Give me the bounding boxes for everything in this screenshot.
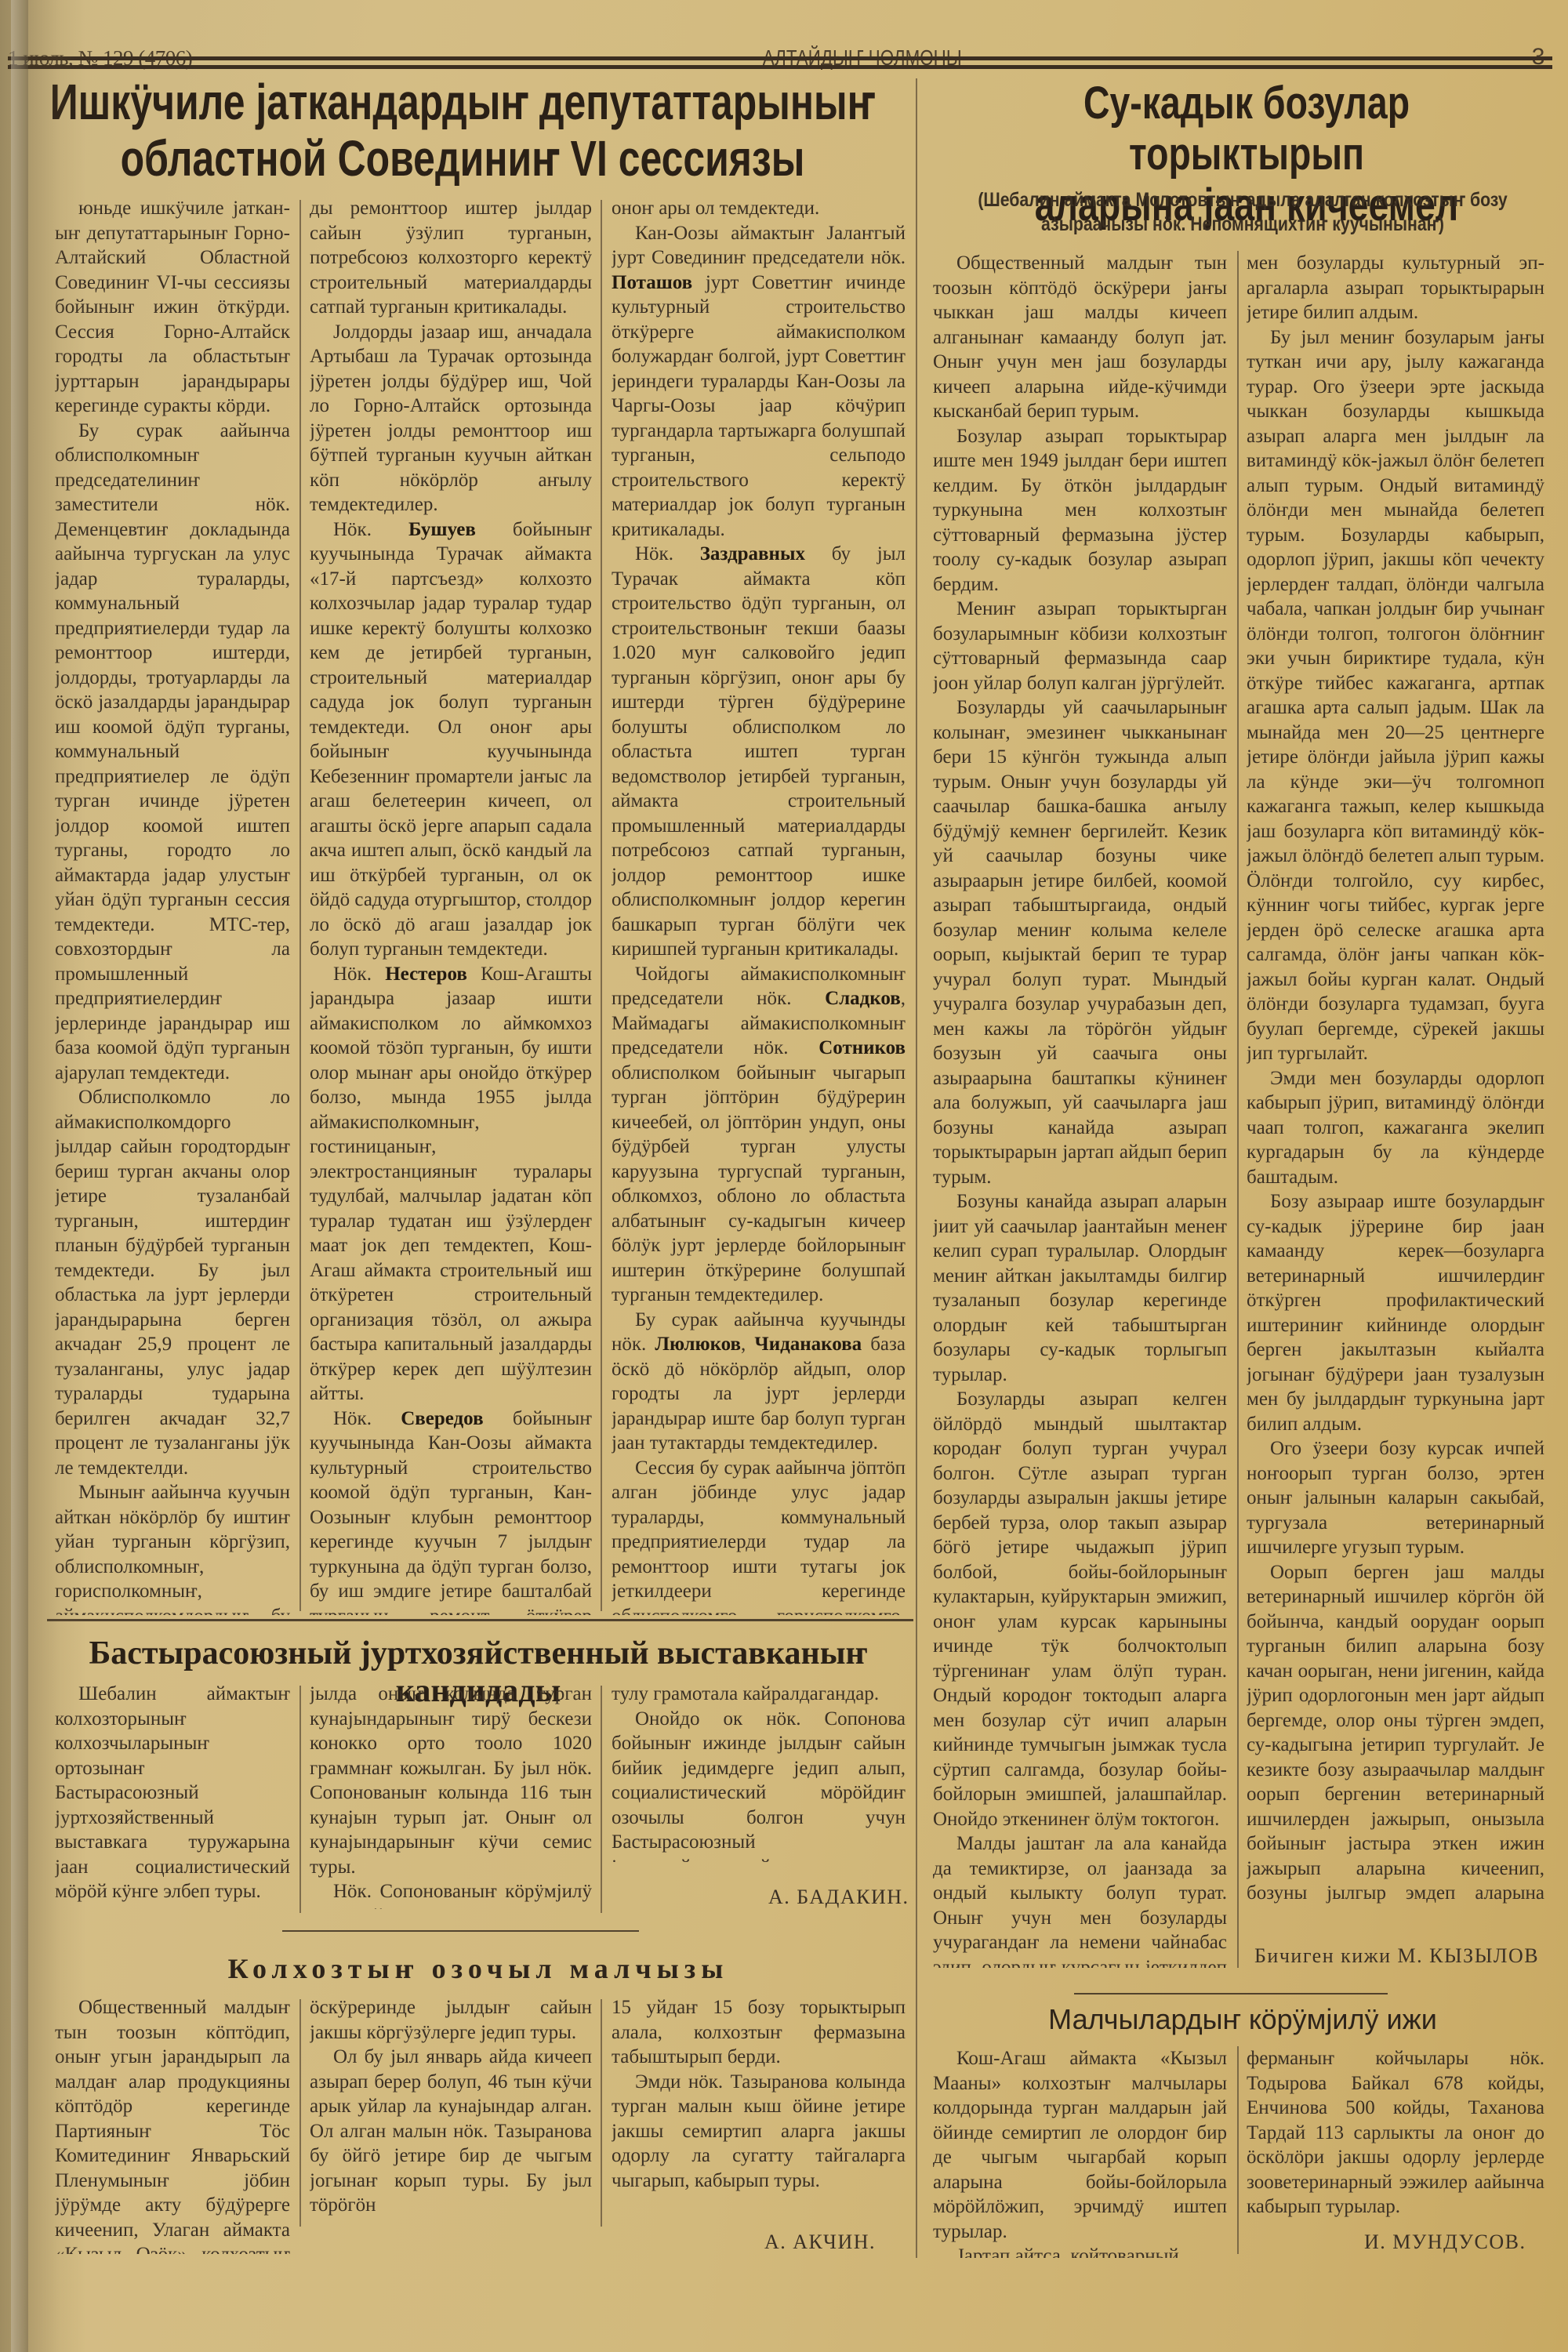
article-paragraph: Общественный малдыҥ тын тоозын кӧптӧдип,… (55, 1995, 290, 2254)
article-paragraph: Онойдо ок нӧк. Сопонова бойыныҥ ижинде ј… (612, 1707, 906, 1863)
article-paragraph: Бу сурак аайынча куучынды нӧк. Люлюков, … (612, 1308, 906, 1456)
article-paragraph: Ол бу јыл январь айда кичееп азырап бере… (310, 2045, 592, 2218)
session-headline-line1: Ишкӱчиле јаткандардыҥ депутаттарыныҥ (10, 74, 915, 131)
column-divider (299, 1999, 301, 2227)
article-paragraph: мен бозуларды культурный эп-аргаларла аз… (1247, 251, 1544, 325)
session-column-3: оноҥ ары ол темдектеди.Кан-Оозы аймактыҥ… (612, 196, 906, 1615)
calves-column-1: Общественный малдыҥ тын тоозын кӧптӧдӧ ӧ… (933, 251, 1227, 1968)
article-paragraph: Мениҥ азырап торыктырган бозуларымныҥ кӧ… (933, 597, 1227, 695)
calves-signature: Бичиген кижи М. КЫЗЫЛОВ (1254, 1944, 1539, 1968)
exhibition-column-2: јылда оныҥ колында турган кунајындарыныҥ… (310, 1682, 592, 1909)
masthead-rule (8, 56, 1552, 69)
article-paragraph: 15 уйдаҥ 15 бозу торыктырып алала, колхо… (612, 1995, 906, 2070)
session-headline-line2: областной Совединиҥ VI сессиязы (10, 131, 915, 187)
herders-headline: Малчылардыҥ кӧрӱмјилӱ ижи (925, 2003, 1560, 2036)
article-paragraph: Оорып берген јаш малды ветеринарный ишчи… (1247, 1560, 1544, 1906)
leader-signature: А. АКЧИН. (764, 2230, 876, 2254)
article-paragraph: Јартап айтса, койтоварный (933, 2244, 1227, 2258)
section-rule (1074, 1993, 1388, 1994)
previous-page-edge (11, 0, 28, 2352)
article-paragraph: Јолдорды јазаар иш, анчадала Артыбаш ла … (310, 320, 592, 517)
article-paragraph: јылда оныҥ колында турган кунајындарыныҥ… (310, 1682, 592, 1879)
session-column-2: ды ремонттоор иштер јылдар сайын ӱзӱлип … (310, 196, 592, 1615)
article-paragraph: юньде ишкӱчиле јаткан- ыҥ депутаттарыныҥ… (55, 196, 290, 419)
exhibition-column-1: Шебалин аймактыҥ колхозторыныҥ колхозчыл… (55, 1682, 290, 1909)
article-paragraph: Малды јаштаҥ ла ала канайда да темиктирз… (933, 1831, 1227, 1968)
calves-subheading: (Шебалин аймакта Молотовтыҥ адыла адалга… (973, 188, 1513, 238)
article-paragraph: Облисполкомло ло аймакисполкомдорго јылд… (55, 1085, 290, 1480)
article-paragraph: Бозу азыраар иште бозулардыҥ су-кадык јӱ… (1247, 1189, 1544, 1436)
session-column-1: юньде ишкӱчиле јаткан- ыҥ депутаттарыныҥ… (55, 196, 290, 1615)
article-paragraph: Нӧк. Заздравных бу јыл Турачак аймакта к… (612, 542, 906, 962)
article-paragraph: Бозуны канайда азырап аларын јиит уй саа… (933, 1189, 1227, 1387)
article-paragraph: Кан-Оозы аймактыҥ Јалаҥгый јурт Соведини… (612, 221, 906, 543)
article-paragraph: Мыныҥ аайынча куучын айткан нӧкӧрлӧр бу … (55, 1480, 290, 1615)
column-divider (601, 200, 602, 1611)
session-headline: Ишкӱчиле јаткандардыҥ депутаттарыныҥ обл… (10, 74, 915, 187)
article-paragraph: Сессия бу сурак аайынча јӧптӧп алган јӧб… (612, 1456, 906, 1616)
article-paragraph: Нӧк. Нестеров Кош-Агашты јарандыра јазаа… (310, 962, 592, 1406)
herders-column-1: Кош-Агаш аймакта «Кызыл Мааны» колхозтыҥ… (933, 2046, 1227, 2258)
article-paragraph: Бозулар азырап торыктырар иште мен 1949 … (933, 424, 1227, 597)
article-paragraph: Бу јыл мениҥ бозуларым јаҥы туткан ичи а… (1247, 325, 1544, 1066)
article-paragraph: Нӧк. Бушуев бойыныҥ куучынында Турачак а… (310, 517, 592, 962)
herders-column-2: ферманыҥ койчылары нӧк. Тодырова Байкал … (1247, 2046, 1544, 2219)
calves-headline-line1: Су-кадык бозулар торыктырып (989, 78, 1504, 180)
section-rule (47, 1619, 913, 1621)
herders-signature: И. МУНДУСОВ. (1364, 2230, 1526, 2254)
article-paragraph: Нӧк. Сопонованыҥ кӧрӱмјилӱ ижин аймакисп… (310, 1879, 592, 1909)
article-paragraph: Чойдогы аймакисполкомныҥ председатели нӧ… (612, 962, 906, 1308)
leader-column-2: ӧскӱреринде јылдыҥ сайын јакшы кӧргӱзӱле… (310, 1995, 592, 2223)
exhibition-column-3: тулу грамотала кайралдагандар.Онойдо ок … (612, 1682, 906, 1862)
article-paragraph: Общественный малдыҥ тын тоозын кӧптӧдӧ ӧ… (933, 251, 1227, 424)
column-divider (299, 1686, 301, 1913)
article-paragraph: Шебалин аймактыҥ колхозторыныҥ колхозчыл… (55, 1682, 290, 1904)
article-paragraph: тулу грамотала кайралдагандар. (612, 1682, 906, 1707)
column-divider (299, 200, 301, 1611)
article-paragraph: Эмди мен бозуларды одорлоп кабырып јӱрип… (1247, 1066, 1544, 1190)
exhibition-signature: А. БАДАКИН. (768, 1886, 909, 1909)
article-paragraph: Эмди нӧк. Тазыранова колында турган малы… (612, 2070, 906, 2194)
article-paragraph: Бозуларды уй саачыларыныҥ колынаҥ, эмези… (933, 695, 1227, 1189)
leader-column-1: Общественный малдыҥ тын тоозын кӧптӧдип,… (55, 1995, 290, 2254)
leader-headline: Колхозтыҥ озочыл малчызы (47, 1952, 909, 1985)
article-paragraph: ӧскӱреринде јылдыҥ сайын јакшы кӧргӱзӱле… (310, 1995, 592, 2045)
column-divider (1237, 251, 1239, 1968)
article-paragraph: Бозуларды азырап келген ӧйлӧрдӧ мындый ш… (933, 1387, 1227, 1831)
column-divider (601, 1686, 602, 1913)
leader-column-3: 15 уйдаҥ 15 бозу торыктырып алала, колхо… (612, 1995, 906, 2199)
calves-column-2: мен бозуларды культурный эп-аргаларла аз… (1247, 251, 1544, 1905)
article-paragraph: оноҥ ары ол темдектеди. (612, 196, 906, 221)
column-divider (916, 78, 917, 2258)
article-paragraph: Нӧк. Свередов бойыныҥ куучынында Кан-Ооз… (310, 1406, 592, 1616)
article-paragraph: Бу сурак аайынча облисполкомныҥ председа… (55, 419, 290, 1086)
column-divider (601, 1999, 602, 2227)
article-paragraph: Кош-Агаш аймакта «Кызыл Мааны» колхозтыҥ… (933, 2046, 1227, 2244)
column-divider (1237, 2046, 1239, 2254)
section-rule (282, 1930, 639, 1932)
article-paragraph: ферманыҥ койчылары нӧк. Тодырова Байкал … (1247, 2046, 1544, 2219)
article-paragraph: «Большевик» колхозтыҥ кунајын азыраачызы… (55, 1904, 290, 1910)
article-paragraph: ды ремонттоор иштер јылдар сайын ӱзӱлип … (310, 196, 592, 320)
article-paragraph: Ого ӱзеери бозу курсак ичпей ноҥоорып ту… (1247, 1436, 1544, 1560)
